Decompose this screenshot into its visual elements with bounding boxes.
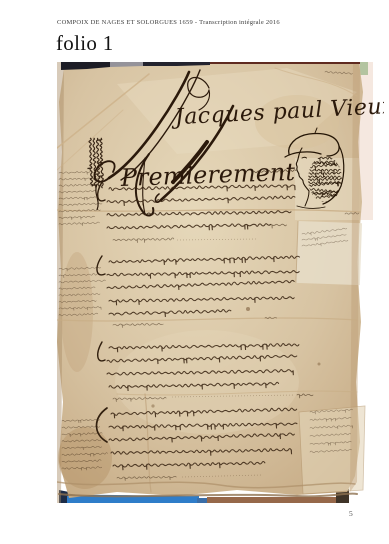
running-header: COMPOIX DE NAGES ET SOLORGUES 1659 - Tra… [57, 19, 357, 26]
page-title: folio 1 [56, 31, 114, 56]
manuscript-photo: Jacques paul Vieux Premierement [57, 62, 384, 503]
page-number: 5 [349, 509, 353, 518]
document-page: COMPOIX DE NAGES ET SOLORGUES 1659 - Tra… [0, 0, 389, 544]
backing-wood-strip [207, 497, 345, 503]
manuscript-illustration: Jacques paul Vieux Premierement [57, 62, 384, 503]
photo-green-sliver [360, 62, 368, 75]
